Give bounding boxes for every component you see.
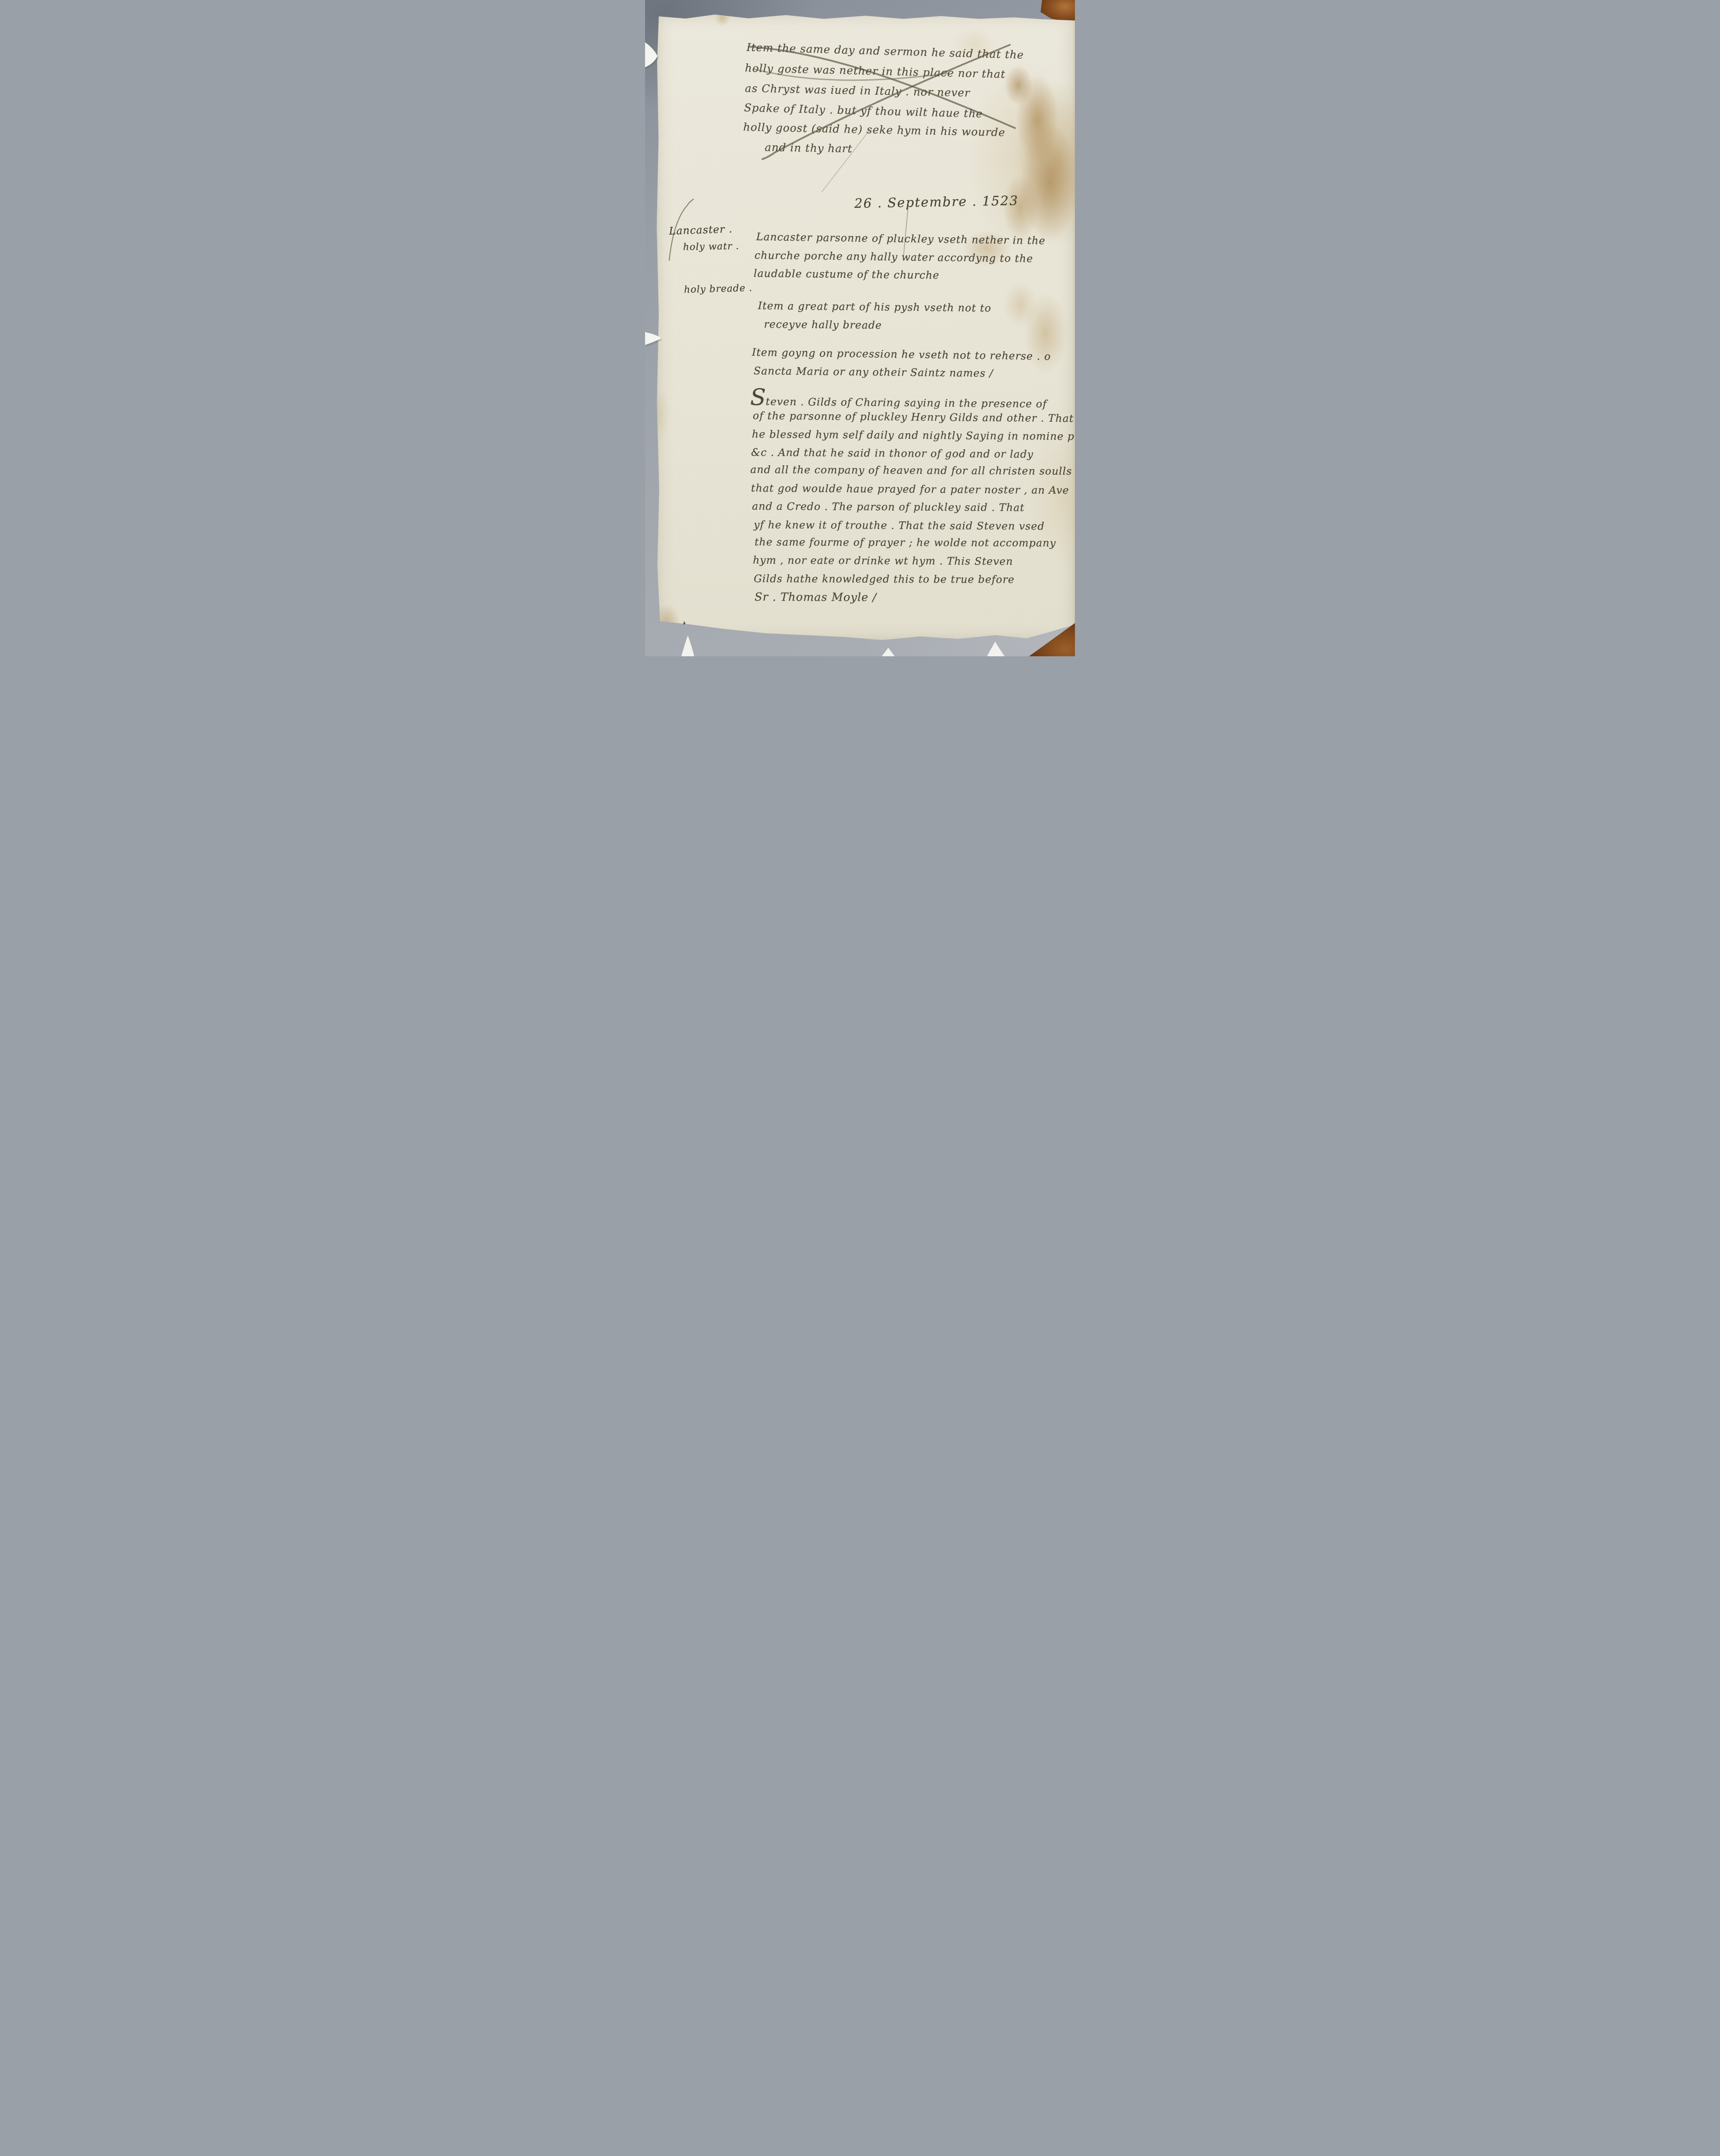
struck-line: Item the same day and sermon he said tha… [746,41,1024,61]
entry-line: the same fourme of prayer ; he wolde not… [755,536,1056,549]
entry-line: of the parsonne of pluckley Henry Gilds … [753,410,1074,424]
handwritten-text: Item the same day and sermon he said tha… [645,0,1075,656]
entry-line: he blessed hym self daily and nightly Sa… [752,428,1075,442]
manuscript-photograph: Item the same day and sermon he said tha… [645,0,1075,656]
entry-line: Gilds hathe knowledged this to be true b… [754,573,1015,586]
struck-line: and in thy hart [764,141,852,155]
entry-line: and a Credo . The parson of pluckley sai… [752,500,1024,514]
entry-line: Sancta Maria or any otheir Saintz names … [754,365,993,379]
entry-line: and all the company of heaven and for al… [750,464,1072,477]
struck-line: holly goste was nether in this place nor… [745,62,1006,81]
entry-line-signature: Sr . Thomas Moyle / [755,591,877,604]
entry-line: yf he knew it of trouthe . That the said… [754,519,1045,533]
struck-line: Spake of Italy . but yf thou wilt haue t… [744,101,983,120]
margin-note: holy breade . [684,283,752,295]
entry-line: receyve hally breade [764,318,882,331]
entry-line: &c . And that he said in thonor of god a… [751,446,1034,461]
margin-note-heading: Lancaster . [669,223,733,237]
struck-line: as Chryst was iued in Italy . nor never [745,82,970,99]
entry-line: Item a great part of his pysh vseth not … [758,300,991,314]
margin-note: holy watr . [683,241,739,253]
entry-line: that god woulde haue prayed for a pater … [751,482,1069,496]
entry-line: Steven . Gilds of Charing saying in the … [750,389,1047,410]
entry-line: Lancaster parsonne of pluckley vseth net… [756,231,1046,247]
entry-line: hym , nor eate or drinke wt hym . This S… [753,554,1013,567]
entry-line: laudable custume of the churche [754,267,940,282]
date-heading: 26 . Septembre . 1523 [854,193,1018,211]
struck-line: holly goost (said he) seke hym in his wo… [743,121,1005,139]
entry-line: churche porche any hally water accordyng… [755,249,1033,265]
entry-line: Item goyng on procession he vseth not to… [752,346,1051,363]
